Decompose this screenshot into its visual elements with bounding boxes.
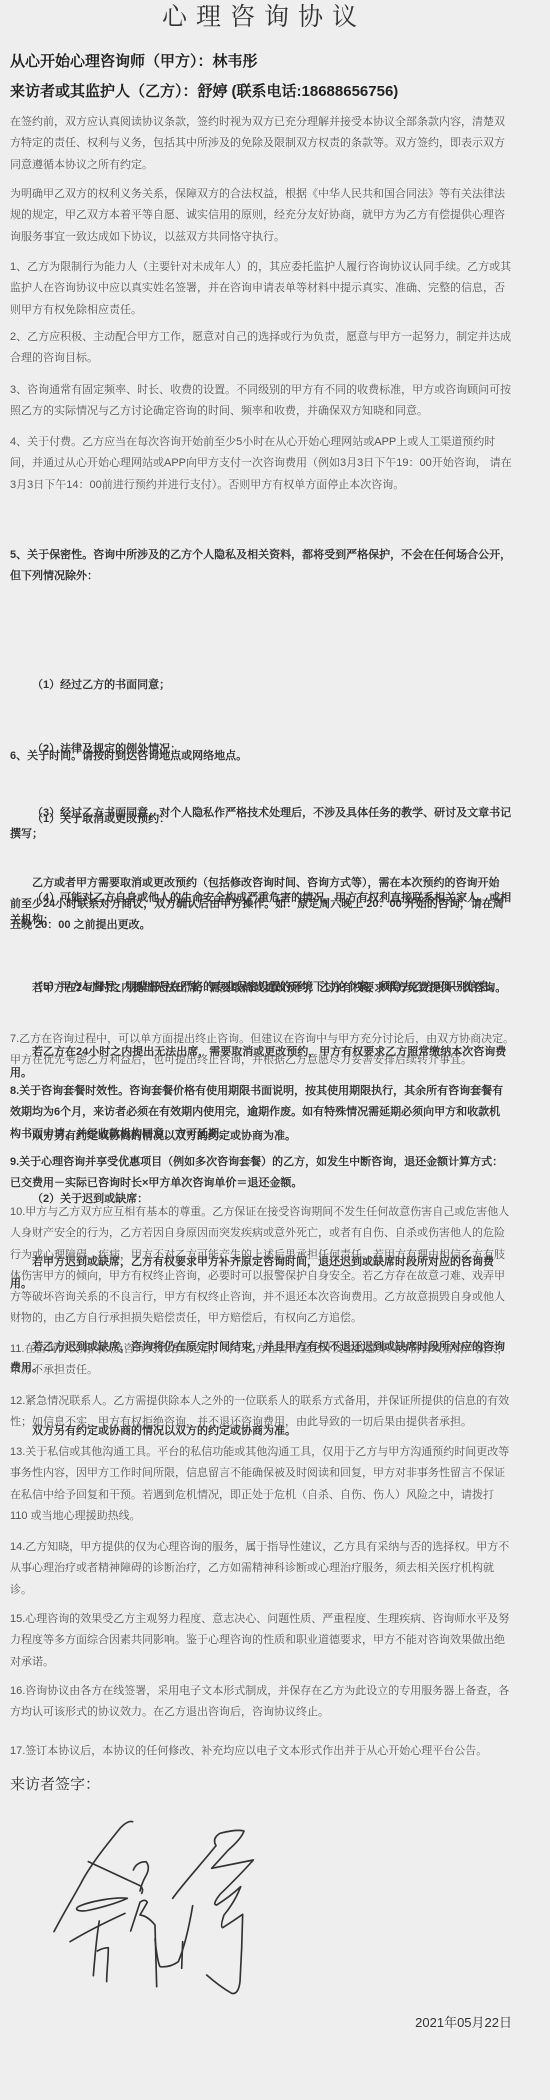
agreement-document: 心理咨询协议 从心开始心理咨询师（甲方）：林韦彤 来访者或其监护人（乙方）：舒婷… xyxy=(0,0,550,2100)
clause-9: 9.关于心理咨询并享受优惠项目（例如多次咨询套餐）的乙方，如发生中断咨询，退还金… xyxy=(10,1152,540,1195)
clause-1: 1、乙方为限制行为能力人（主要针对未成年人）的，其应委托监护人履行咨询协议认同手… xyxy=(10,257,540,321)
handwritten-signature-icon xyxy=(40,1815,260,2000)
signing-date: 2021年05月22日 xyxy=(415,2015,512,2031)
party-b-line: 来访者或其监护人（乙方）：舒婷(联系电话:18688656756) xyxy=(10,81,398,103)
clause-12: 12.紧急情况联系人。乙方需提供除本人之外的一位联系人的联系方式备用，并保证所提… xyxy=(10,1391,540,1434)
clause-14: 14.乙方知晓，甲方提供的仅为心理咨询的服务，属于指导性建议，乙方具有采纳与否的… xyxy=(10,1537,540,1601)
preamble-paragraph: 在签约前，双方应认真阅读协议条款，签约时视为双方已充分理解并接受本协议全部条款内… xyxy=(10,112,540,176)
subsection-paragraph: 若甲方在24小时之内提出无法出席，需要取消或更改预约，乙方有权要求甲方免费提供一… xyxy=(10,978,540,999)
clause-5-heading: 5、关于保密性。咨询中所涉及的乙方个人隐私及相关资料，都将受到严格保护，不会在任… xyxy=(10,545,540,588)
clause-8: 8.关于咨询套餐时效性。咨询套餐价格有使用期限书面说明，按其使用期限执行，其余所… xyxy=(10,1081,540,1145)
party-a-line: 从心开始心理咨询师（甲方）：林韦彤 xyxy=(10,51,258,73)
clause-4: 4、关于付费。乙方应当在每次咨询开始前至少5小时在从心开始心理网站或APP上或人… xyxy=(10,432,540,496)
clause-15: 15.心理咨询的效果受乙方主观努力程度、意志决心、问题性质、严重程度、生理疾病、… xyxy=(10,1609,540,1673)
preamble-paragraph: 为明确甲乙双方的权利义务关系，保障双方的合法权益，根据《中华人民共和国合同法》等… xyxy=(10,184,540,248)
clause-11: 11.在咨询协议期内以及咨询关系结束之后，对于乙方在咨询室之外发生的意外人身伤害… xyxy=(10,1339,540,1382)
signature-label: 来访者签字： xyxy=(10,1774,100,1796)
clause-7: 7.乙方在咨询过程中，可以单方面提出终止咨询。但建议在咨询中与甲方充分讨论后，由… xyxy=(10,1029,540,1072)
clause-16: 16.咨询协议由各方在线签署，采用电子文本形式制成，并保存在乙方为此设立的专用服… xyxy=(10,1681,540,1724)
clause-10: 10.甲方与乙方双方应互相有基本的尊重。乙方保证在接受咨询期间不发生任何故意伤害… xyxy=(10,1202,540,1330)
subsection-heading: （1）关于取消或更改预约： xyxy=(10,809,540,830)
party-b-name: 舒婷 xyxy=(198,83,228,100)
clause-13: 13.关于私信或其他沟通工具。平台的私信功能或其他沟通工具，仅用于乙方与甲方沟通… xyxy=(10,1442,540,1527)
clause-6-heading: 6、关于时间。请按时到达咨询地点或网络地点。 xyxy=(10,746,540,767)
clause-17: 17.签订本协议后，本协议的任何修改、补充均应以电子文本形式作出并于从心开始心理… xyxy=(10,1741,540,1762)
party-a-label: 从心开始心理咨询师（甲方）： xyxy=(10,53,213,70)
exception-item: （1）经过乙方的书面同意； xyxy=(10,675,540,696)
party-b-contact: (联系电话:18688656756) xyxy=(232,83,399,100)
party-a-name: 林韦彤 xyxy=(213,53,258,70)
clause-2: 2、乙方应积极、主动配合甲方工作，愿意对自己的选择或行为负责，愿意与甲方一起努力… xyxy=(10,327,540,370)
page-title: 心理咨询协议 xyxy=(162,0,366,34)
clause-3: 3、咨询通常有固定频率、时长、收费的设置。不同级别的甲方有不同的收费标准，甲方或… xyxy=(10,380,540,423)
party-b-label: 来访者或其监护人（乙方）： xyxy=(10,83,198,100)
subsection-paragraph: 乙方或者甲方需要取消或更改预约（包括修改咨询时间、咨询方式等），需在本次预约的咨… xyxy=(10,873,540,936)
